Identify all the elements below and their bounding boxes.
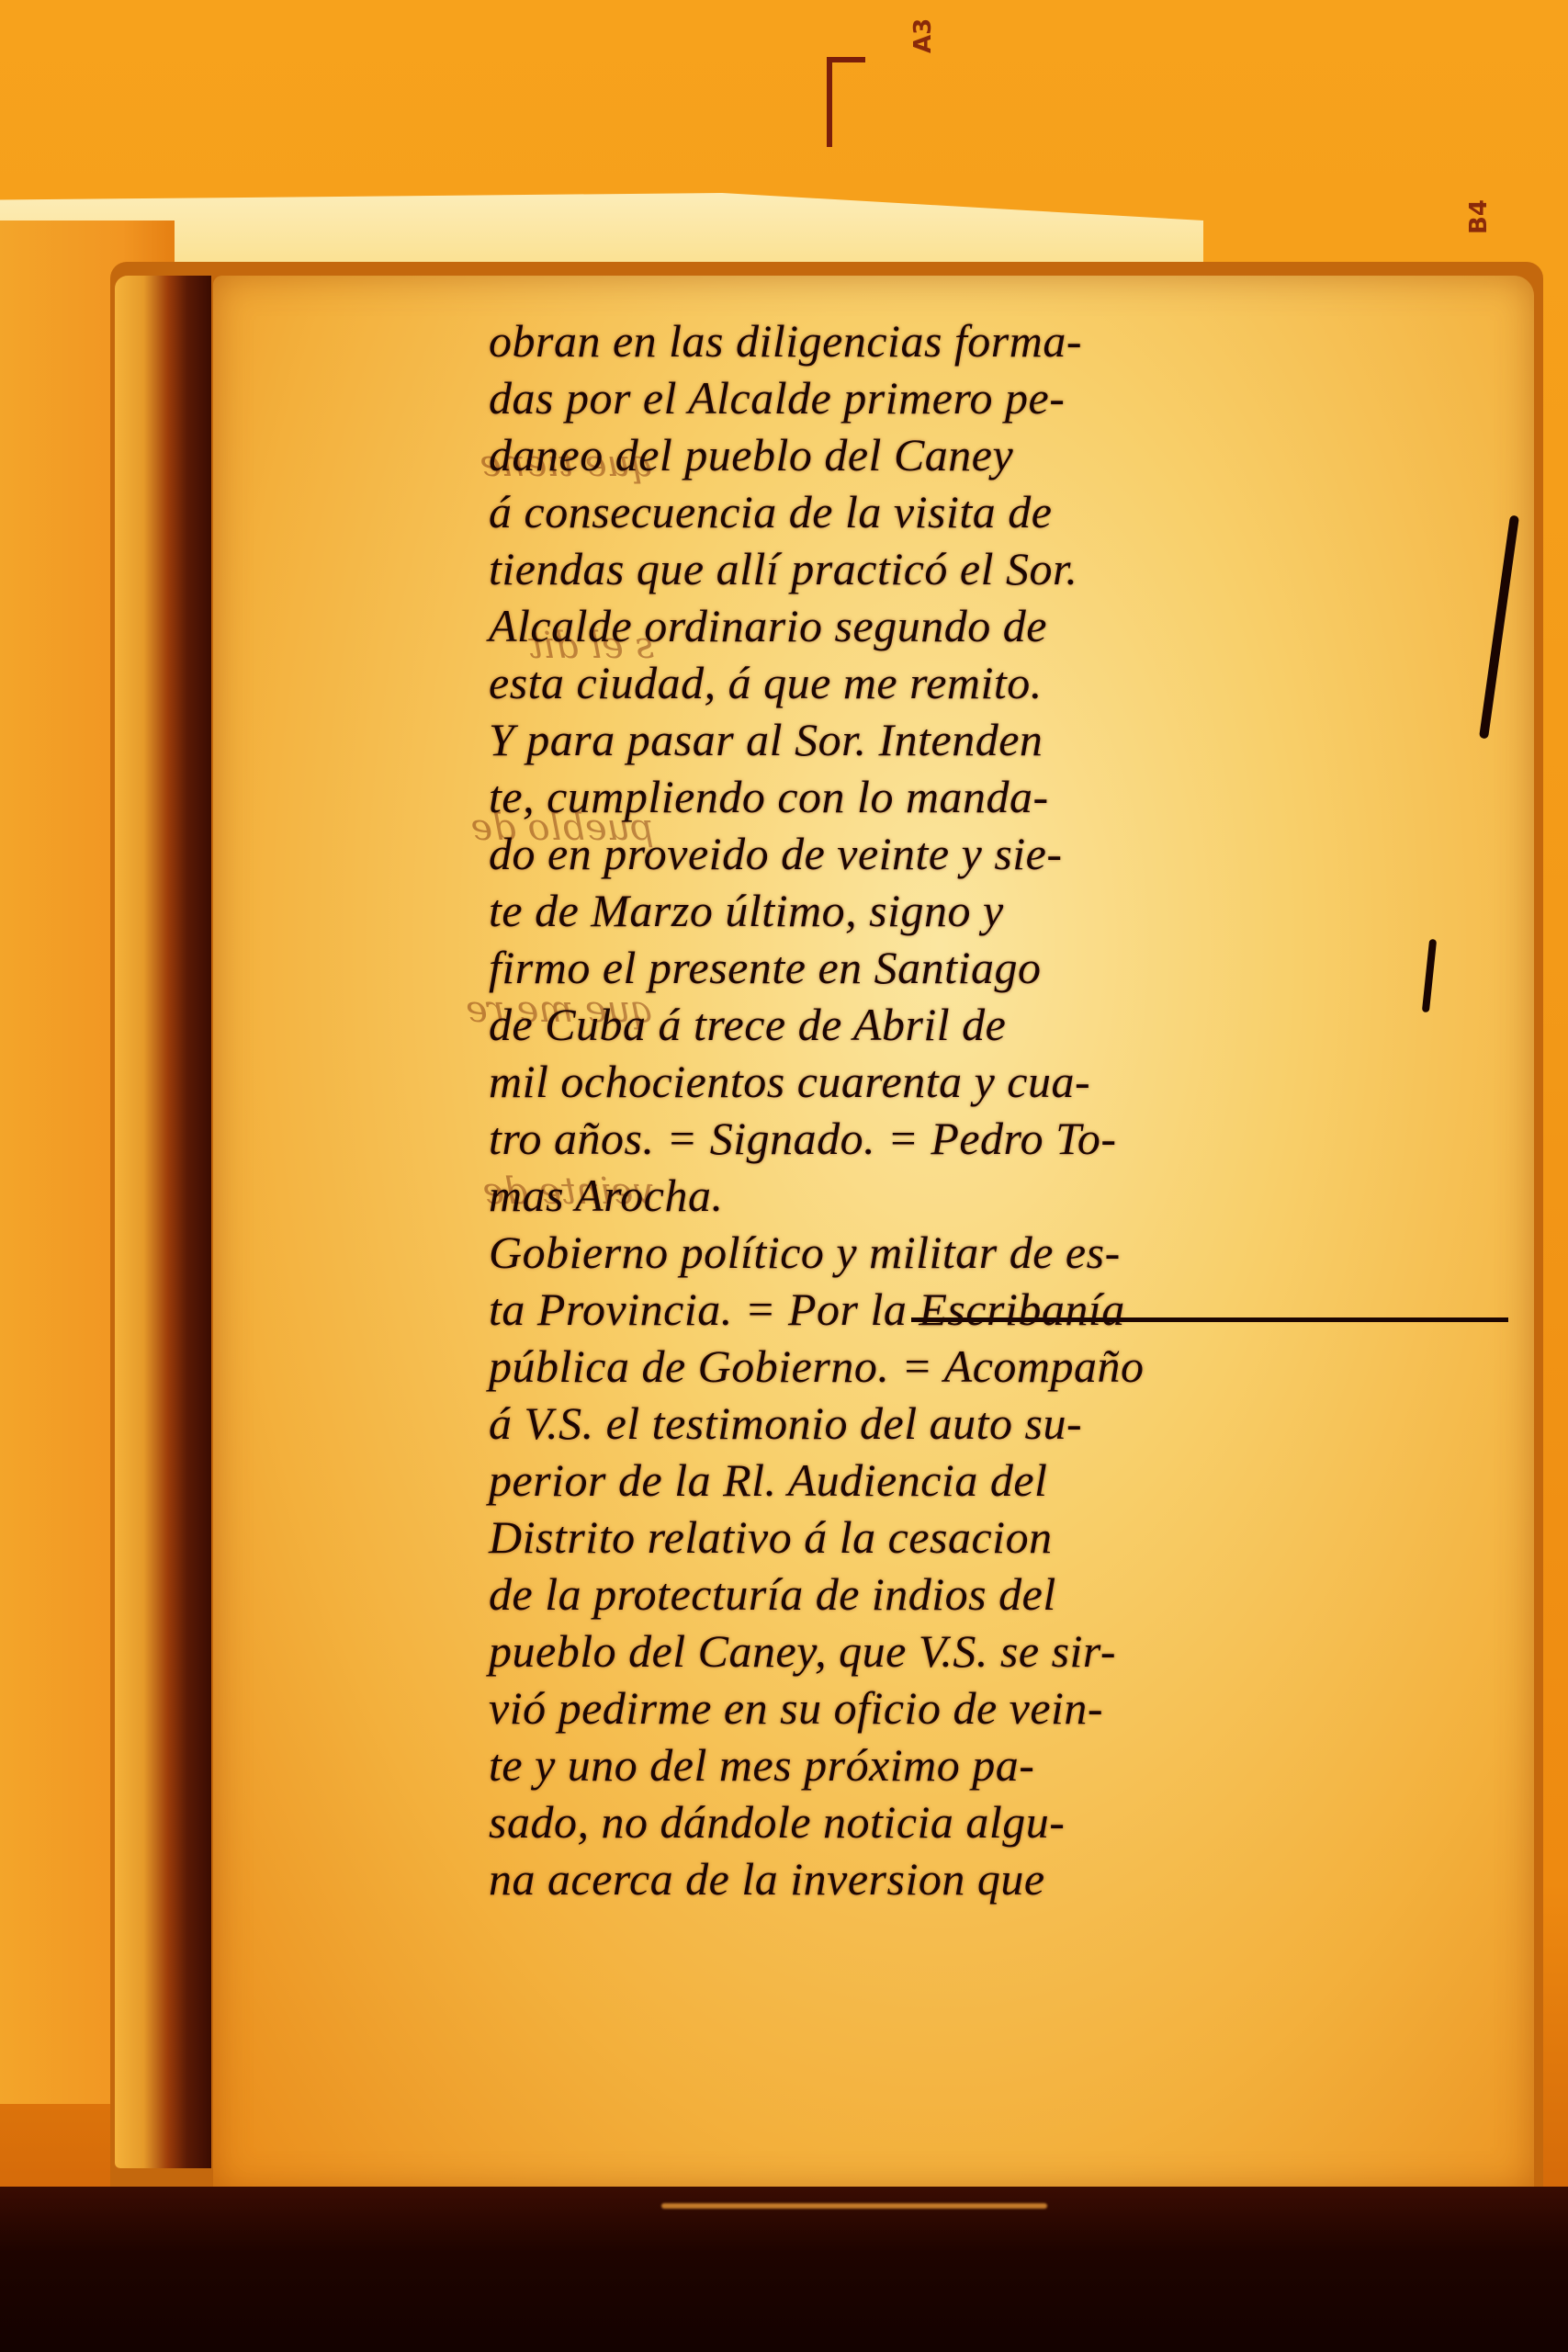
bottom-shadow-area: [0, 2187, 1568, 2352]
text-line: á consecuencia de la visita de: [489, 483, 1517, 540]
text-line: perior de la Rl. Audiencia del: [489, 1452, 1517, 1509]
text-line: vió pedirme en su oficio de vein-: [489, 1679, 1517, 1736]
text-line: tro años. = Signado. = Pedro To-: [489, 1110, 1517, 1167]
calibration-corner-mark: [827, 57, 865, 147]
text-line: te y uno del mes próximo pa-: [489, 1736, 1517, 1793]
text-line: Y para pasar al Sor. Intenden: [489, 711, 1517, 768]
text-line: de la protecturía de indios del: [489, 1566, 1517, 1623]
marker-a3-label: A3: [909, 18, 937, 53]
page-edge-glint: [661, 2203, 1047, 2209]
text-line: do en proveido de veinte y sie-: [489, 825, 1517, 882]
handwritten-text-block: obran en las diligencias forma- das por …: [489, 312, 1517, 1907]
text-line: pública de Gobierno. = Acompaño: [489, 1338, 1517, 1395]
text-line: á V.S. el testimonio del auto su-: [489, 1395, 1517, 1452]
text-line: tiendas que allí practicó el Sor.: [489, 540, 1517, 597]
marker-b4-label: B4: [1465, 199, 1493, 234]
page-edges-binding: [115, 276, 211, 2168]
text-line: mil ochocientos cuarenta y cua-: [489, 1053, 1517, 1110]
scan-scene: A3 B4 que tiene s el dit pueblo de que m…: [0, 0, 1568, 2352]
text-line: das por el Alcalde primero pe-: [489, 369, 1517, 426]
text-line: Alcalde ordinario segundo de: [489, 597, 1517, 654]
text-line: na acerca de la inversion que: [489, 1850, 1517, 1907]
text-line: te de Marzo último, signo y: [489, 882, 1517, 939]
text-line: esta ciudad, á que me remito.: [489, 654, 1517, 711]
text-line: Gobierno político y militar de es-: [489, 1224, 1517, 1281]
text-line: mas Arocha.: [489, 1167, 1517, 1224]
text-line: te, cumpliendo con lo manda-: [489, 768, 1517, 825]
text-line: sado, no dándole noticia algu-: [489, 1793, 1517, 1850]
text-line: obran en las diligencias forma-: [489, 312, 1517, 369]
text-line: Distrito relativo á la cesacion: [489, 1509, 1517, 1566]
signature-underline: [911, 1317, 1508, 1322]
text-line: de Cuba á trece de Abril de: [489, 996, 1517, 1053]
text-line: pueblo del Caney, que V.S. se sir-: [489, 1623, 1517, 1679]
manuscript-page: que tiene s el dit pueblo de que me re v…: [213, 276, 1534, 2191]
text-line: ta Provincia. = Por la Escribanía: [489, 1281, 1517, 1338]
text-line: firmo el presente en Santiago: [489, 939, 1517, 996]
text-line: daneo del pueblo del Caney: [489, 426, 1517, 483]
